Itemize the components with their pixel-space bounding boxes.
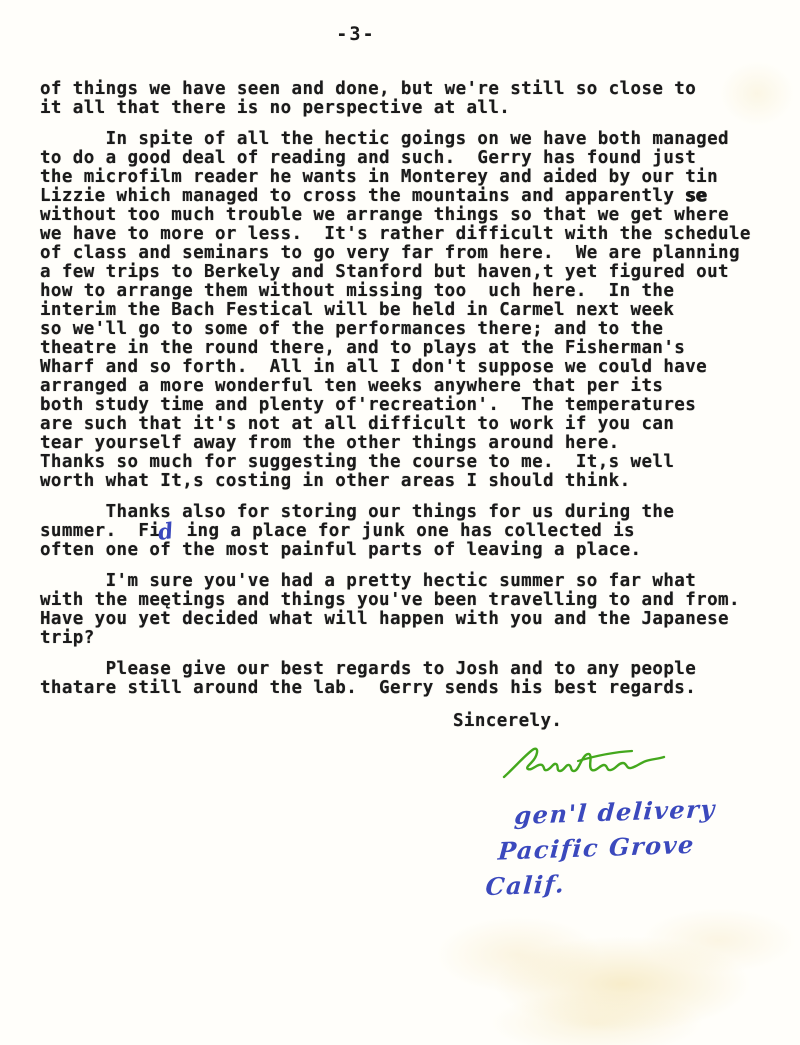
letter-line: thatare still around the lab. Gerry send… [40,679,751,698]
letter-line: often one of the most painful parts of l… [40,541,751,560]
letter-line: both study time and plenty of'recreation… [40,396,751,415]
letter-line: theatre in the round there, and to plays… [40,339,751,358]
text-run: summer. Fi [40,521,160,541]
letter-line: Thanks also for storing our things for u… [40,503,751,522]
letter-line: it all that there is no perspective at a… [40,99,751,118]
letter-line: to do a good deal of reading and such. G… [40,149,751,168]
letter-line: arranged a more wonderful ten weeks anyw… [40,377,751,396]
letter-line: without too much trouble we arrange thin… [40,206,751,225]
letter-line: a few trips to Berkely and Stanford but … [40,263,751,282]
letter-line: I'm sure you've had a pretty hectic summ… [40,572,751,591]
closing-line: Sincerely. [453,711,562,731]
text-run: ing a place for junk one has collected i… [176,521,635,541]
letter-line: Have you yet decided what will happen wi… [40,610,751,629]
hand-correction: d [158,531,173,533]
letter-line: are such that it's not at all difficult … [40,415,751,434]
letter-line: Please give our best regards to Josh and… [40,660,751,679]
letter-line: summer. Fid ing a place for junk one has… [40,522,751,541]
letter-line: of things we have seen and done, but we'… [40,80,751,99]
letter-body: of things we have seen and done, but we'… [40,80,751,710]
letter-page: -3- of things we have seen and done, but… [0,0,800,1045]
letter-line: Wharf and so forth. All in all I don't s… [40,358,751,377]
paragraph: In spite of all the hectic goings on we … [40,130,751,491]
paragraph: Thanks also for storing our things for u… [40,503,751,560]
paragraph: Please give our best regards to Josh and… [40,660,751,698]
letter-line: In spite of all the hectic goings on we … [40,130,751,149]
paragraph: I'm sure you've had a pretty hectic summ… [40,572,751,648]
letter-line: the microfilm reader he wants in Montere… [40,168,751,187]
letter-line: we have to more or less. It's rather dif… [40,225,751,244]
letter-line: how to arrange them without missing too … [40,282,751,301]
letter-line: Thanks so much for suggesting the course… [40,453,751,472]
page-number: -3- [0,24,712,45]
paragraph: of things we have seen and done, but we'… [40,80,751,118]
letter-line: worth what It‚s costing in other areas I… [40,472,751,491]
text-run: Lizzie which managed to cross the mounta… [40,186,685,206]
letter-line: interim the Bach Festical will be held i… [40,301,751,320]
signature-handwriting [500,744,670,784]
signature-stroke [504,749,664,777]
signature-ink-icon [500,744,670,784]
handwritten-address-line: Calif. [484,861,712,904]
letter-line: tear yourself away from the other things… [40,434,751,453]
letter-line: Lizzie which managed to cross the mounta… [40,187,751,206]
address-block: gen'l delivery Pacific Grove Calif. [484,791,717,904]
letter-line: of class and seminars to go very far fro… [40,244,751,263]
letter-line: trip? [40,629,751,648]
paper-stain-bottom [430,900,800,1045]
letter-line: with the meętings and things you've been… [40,591,751,610]
overstrike: se [685,186,707,206]
letter-line: so we'll go to some of the performances … [40,320,751,339]
